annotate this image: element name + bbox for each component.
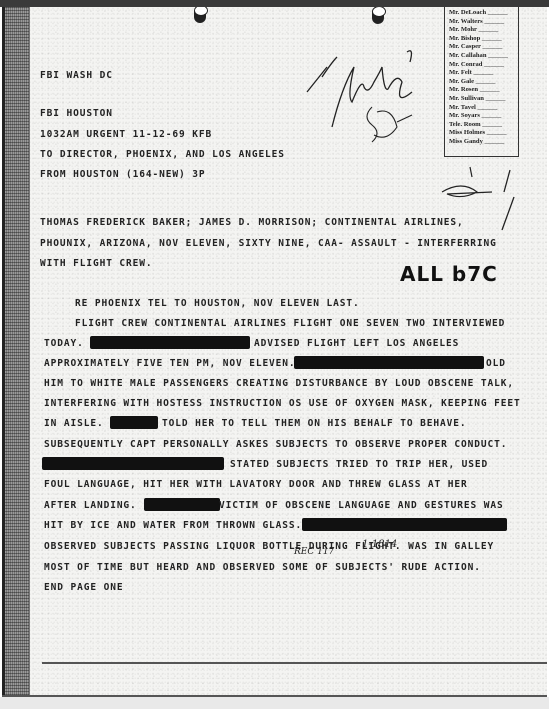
routing-item: Mr. Callahan [449,52,518,61]
teletype-to-line: FBI WASH DC [40,70,113,82]
routing-item: Mr. Tavel [449,104,518,113]
teletype-time-line: 1032AM URGENT 11-12-69 KFB [40,129,212,141]
routing-item: Mr. Casper [449,43,518,52]
redaction-bar [144,498,220,511]
body-line: STATED SUBJECTS TRIED TO TRIP HER, USED [230,459,488,471]
redaction-bar [42,457,224,470]
body-line: OBSERVED SUBJECTS PASSING LIQUOR BOTTLE … [44,541,494,553]
foia-exemption-annotation: ALL b7C [400,262,498,286]
routing-item: Mr. Sullivan [449,95,518,104]
record-stamp: REC 117 [294,547,334,557]
routing-item: Mr. Soyars [449,112,518,121]
routing-item: Mr. Gale [449,78,518,87]
handwritten-file-number: 1-1814 [362,539,397,550]
routing-item: Mr. Walters [449,18,518,27]
page-rule [42,662,547,664]
caption-line: PHOUNIX, ARIZONA, NOV ELEVEN, SIXTY NINE… [40,238,497,250]
routing-item: Mr. Rosen [449,86,518,95]
routing-item: Mr. Felt [449,69,518,78]
fbi-teletype-document: Mr. DeLoach Mr. Walters Mr. Mohr Mr. Bis… [2,7,547,697]
body-line: AFTER LANDING. [44,500,137,512]
body-line: ADVISED FLIGHT LEFT LOS ANGELES [254,338,459,350]
handwritten-signature [302,37,432,147]
body-line: VICTIM OF OBSCENE LANGUAGE AND GESTURES … [219,500,504,512]
punch-hole-mark [193,7,207,25]
redaction-bar [302,518,507,531]
redaction-bar [90,336,250,349]
teletype-from-office: FBI HOUSTON [40,108,113,120]
body-line: HIT BY ICE AND WATER FROM THROWN GLASS. [44,520,302,532]
caption-line: THOMAS FREDERICK BAKER; JAMES D. MORRISO… [40,217,464,229]
routing-item: Mr. Conrad [449,61,518,70]
routing-item: Miss Gandy [449,138,518,147]
routing-item: Tele. Room [449,121,518,130]
viewer-bottom-margin [0,697,549,709]
teletype-from-line: FROM HOUSTON (164-NEW) 3P [40,169,206,181]
viewer-top-bar [0,0,549,7]
routing-item: Mr. Mohr [449,26,518,35]
body-line: TODAY. [44,338,84,350]
end-page-marker: END PAGE ONE [44,582,123,594]
punch-hole-mark [371,7,385,26]
body-line: IN AISLE. [44,418,104,430]
routing-item: Miss Holmes [449,129,518,138]
body-line: SUBSEQUENTLY CAPT PERSONALLY ASKES SUBJE… [44,439,507,451]
scan-edge-strip [2,7,30,695]
body-line: FLIGHT CREW CONTINENTAL AIRLINES FLIGHT … [75,318,505,330]
body-line: HIM TO WHITE MALE PASSENGERS CREATING DI… [44,378,514,390]
caption-line: WITH FLIGHT CREW. [40,258,153,270]
body-line: TOLD HER TO TELL THEM ON HIS BEHALF TO B… [162,418,467,430]
body-line: OLD [486,358,506,370]
routing-item: Mr. DeLoach [449,9,518,18]
body-line: INTERFERING WITH HOSTESS INSTRUCTION OS … [44,398,521,410]
redaction-bar [110,416,158,429]
redaction-bar [294,356,484,369]
body-line: APPROXIMATELY FIVE TEN PM, NOV ELEVEN. [44,358,296,370]
body-line: MOST OF TIME BUT HEARD AND OBSERVED SOME… [44,562,481,574]
body-line: FOUL LANGUAGE, HIT HER WITH LAVATORY DOO… [44,479,468,491]
teletype-recipients: TO DIRECTOR, PHOENIX, AND LOS ANGELES [40,149,285,161]
routing-item: Mr. Bishop [449,35,518,44]
routing-slip: Mr. DeLoach Mr. Walters Mr. Mohr Mr. Bis… [444,7,519,157]
body-line: RE PHOENIX TEL TO HOUSTON, NOV ELEVEN LA… [75,298,360,310]
